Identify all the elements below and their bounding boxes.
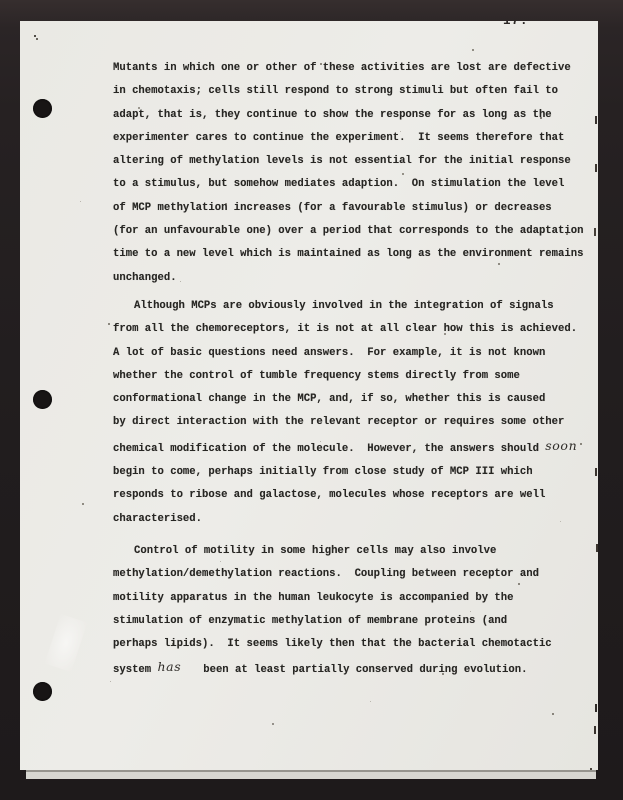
hole-punch (33, 390, 52, 409)
text-line: from all the chemoreceptors, it is not a… (113, 318, 595, 341)
text-line: stimulation of enzymatic methylation of … (113, 610, 595, 633)
text-line: of MCP methylation increases (for a favo… (113, 197, 595, 220)
text-line: (for an unfavourable one) over a period … (113, 220, 595, 243)
text-line: system hasbeen at least partially conser… (113, 656, 595, 682)
handwritten-word: soon (545, 438, 577, 453)
hole-punch (33, 682, 52, 701)
text-line: whether the control of tumble frequency … (113, 365, 595, 388)
handwritten-word: has (158, 659, 182, 674)
text-line: Although MCPs are obviously involved in … (113, 295, 595, 318)
text-line: adapt, that is, they continue to show th… (113, 104, 595, 127)
text-line: conformational change in the MCP, and, i… (113, 388, 595, 411)
page-text: Mutants in which one or other of these a… (113, 57, 595, 683)
text-line: characterised. (113, 508, 595, 531)
typewritten-text: chemical modification of the molecule. H… (113, 443, 545, 455)
text-line: Mutants in which one or other of these a… (113, 57, 595, 80)
text-line: to a stimulus, but somehow mediates adap… (113, 173, 595, 196)
text-line: time to a new level which is maintained … (113, 243, 595, 266)
stacked-page-edge (26, 770, 596, 779)
scan-artifact-marks (595, 116, 597, 124)
text-line: methylation/demethylation reactions. Cou… (113, 563, 595, 586)
typewritten-text: system (113, 664, 158, 676)
text-line: responds to ribose and galactose, molecu… (113, 484, 595, 507)
text-line: perhaps lipids). It seems likely then th… (113, 633, 595, 656)
scan-background: 17. Mutants in which one or other of the… (0, 0, 623, 800)
typewritten-text: been at least partially conserved during… (203, 664, 527, 676)
paper-speckles-faint (20, 21, 21, 22)
hole-punch (33, 99, 52, 118)
text-line: unchanged. (113, 267, 595, 290)
text-line: Control of motility in some higher cells… (113, 540, 595, 563)
paragraph: Although MCPs are obviously involved in … (113, 295, 595, 531)
text-line: by direct interaction with the relevant … (113, 411, 595, 434)
text-line: A lot of basic questions need answers. F… (113, 342, 595, 365)
text-line: motility apparatus in the human leukocyt… (113, 587, 595, 610)
text-line: begin to come, perhaps initially from cl… (113, 461, 595, 484)
text-line: chemical modification of the molecule. H… (113, 435, 595, 461)
document-page: 17. Mutants in which one or other of the… (20, 21, 598, 770)
text-line: in chemotaxis; cells still respond to st… (113, 80, 595, 103)
text-line: experimenter cares to continue the exper… (113, 127, 595, 150)
paper-smudge (45, 614, 88, 672)
paragraph: Mutants in which one or other of these a… (113, 57, 595, 290)
page-number: 17. (503, 21, 529, 28)
text-line: altering of methylation levels is not es… (113, 150, 595, 173)
paragraph: Control of motility in some higher cells… (113, 540, 595, 683)
